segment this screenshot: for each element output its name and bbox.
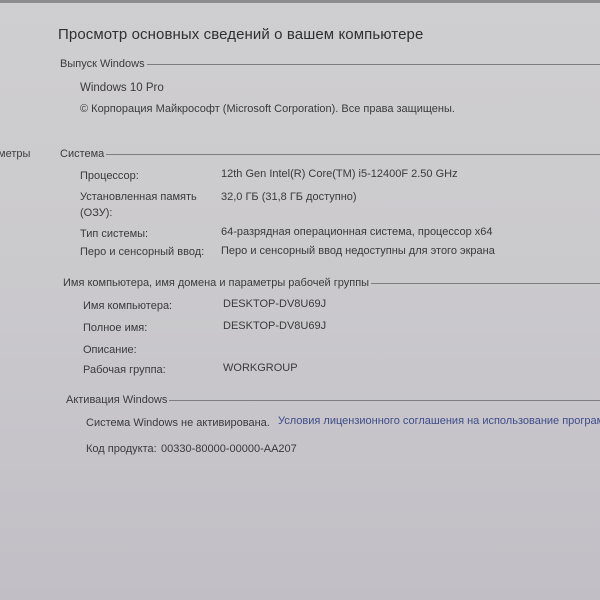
description-label: Описание: xyxy=(83,344,137,356)
sidebar-link-fragment[interactable]: метры xyxy=(0,148,30,160)
product-key-label: Код продукта: xyxy=(86,443,157,455)
computer-name-label: Имя компьютера: xyxy=(83,300,172,312)
pen-touch-label: Перо и сенсорный ввод: xyxy=(80,246,204,258)
memory-label-cont: (ОЗУ): xyxy=(80,207,112,219)
license-terms-link[interactable]: Условия лицензионного соглашения на испо… xyxy=(278,415,600,427)
system-type-value: 64-разрядная операционная система, проце… xyxy=(221,226,493,238)
section-divider xyxy=(106,154,600,155)
computer-name-header-label: Имя компьютера, имя домена и параметры р… xyxy=(63,277,369,289)
windows-edition-name: Windows 10 Pro xyxy=(80,82,164,94)
system-section-header: Система xyxy=(60,148,600,160)
processor-label: Процессор: xyxy=(80,170,139,182)
section-divider xyxy=(371,283,600,284)
activation-status: Система Windows не активирована. xyxy=(86,417,270,429)
pen-touch-value: Перо и сенсорный ввод недоступны для это… xyxy=(221,245,495,257)
copyright-text: © Корпорация Майкрософт (Microsoft Corpo… xyxy=(80,103,455,115)
windows-edition-header-label: Выпуск Windows xyxy=(60,58,145,70)
section-divider xyxy=(169,400,600,401)
system-type-label: Тип системы: xyxy=(80,228,148,240)
page-title: Просмотр основных сведений о вашем компь… xyxy=(58,26,423,43)
memory-value: 32,0 ГБ (31,8 ГБ доступно) xyxy=(221,191,357,203)
full-name-value: DESKTOP-DV8U69J xyxy=(223,320,326,332)
product-key-value: 00330-80000-00000-AA207 xyxy=(161,443,297,455)
workgroup-value: WORKGROUP xyxy=(223,362,298,374)
workgroup-label: Рабочая группа: xyxy=(83,364,166,376)
computer-name-value: DESKTOP-DV8U69J xyxy=(223,298,326,310)
activation-header-label: Активация Windows xyxy=(66,394,167,406)
system-header-label: Система xyxy=(60,148,104,160)
section-divider xyxy=(147,64,600,65)
processor-value: 12th Gen Intel(R) Core(TM) i5-12400F 2.5… xyxy=(221,168,458,180)
memory-label: Установленная память xyxy=(80,191,197,203)
full-name-label: Полное имя: xyxy=(83,322,147,334)
computer-name-section-header: Имя компьютера, имя домена и параметры р… xyxy=(63,277,600,289)
window-top-border xyxy=(0,0,600,3)
activation-section-header: Активация Windows xyxy=(66,394,600,406)
windows-edition-section-header: Выпуск Windows xyxy=(60,58,600,70)
